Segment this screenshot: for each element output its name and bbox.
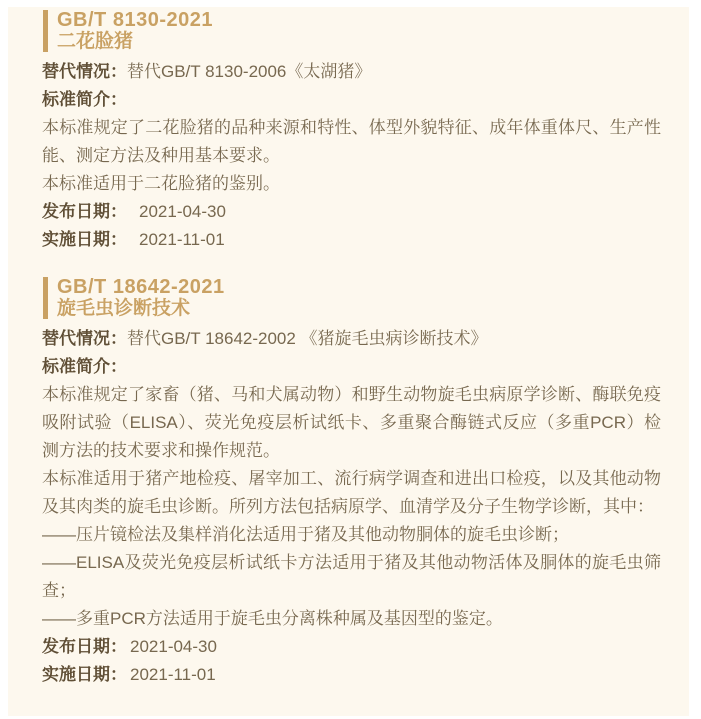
replace-status-label: 替代情况： <box>42 62 127 81</box>
intro-paragraph: 本标准规定了二花脸猪的品种来源和特性、体型外貌特征、成年体重体尺、生产性能、测定… <box>42 114 661 170</box>
intro-list-item: ——ELISA及荧光免疫层析试纸卡方法适用于猪及其他动物活体及胴体的旋毛虫筛查； <box>42 549 661 605</box>
replace-status-row: 替代情况：替代GB/T 18642-2002 《猪旋毛虫病诊断技术》 <box>42 325 661 353</box>
standard-code: GB/T 18642-2021 <box>57 277 661 298</box>
intro-label-row: 标准简介： <box>42 353 661 381</box>
intro-paragraph: 本标准适用于二花脸猪的鉴别。 <box>42 170 661 198</box>
standard-code: GB/T 8130-2021 <box>57 10 661 31</box>
standard-name: 旋毛虫诊断技术 <box>57 298 661 319</box>
intro-list-item: ——压片镜检法及集样消化法适用于猪及其他动物胴体的旋毛虫诊断； <box>42 521 661 549</box>
standard-section-gbt-18642: GB/T 18642-2021 旋毛虫诊断技术 替代情况：替代GB/T 1864… <box>42 277 661 689</box>
replace-status-value: 替代GB/T 18642-2002 《猪旋毛虫病诊断技术》 <box>127 329 488 348</box>
publish-date-label: 发布日期： <box>42 637 127 656</box>
implement-date-value: 2021-11-01 <box>130 665 216 684</box>
publish-date-label: 发布日期： <box>42 202 127 221</box>
implement-date-value: 2021-11-01 <box>139 230 225 249</box>
intro-label-row: 标准简介： <box>42 86 661 114</box>
replace-status-value: 替代GB/T 8130-2006《太湖猪》 <box>127 62 371 81</box>
intro-paragraph: 本标准适用于猪产地检疫、屠宰加工、流行病学调查和进出口检疫，以及其他动物及其肉类… <box>42 465 661 521</box>
publish-date-row: 发布日期：2021-04-30 <box>42 633 661 661</box>
implement-date-label: 实施日期： <box>42 230 127 249</box>
implement-date-label: 实施日期： <box>42 665 127 684</box>
publish-date-value: 2021-04-30 <box>130 637 217 656</box>
replace-status-row: 替代情况：替代GB/T 8130-2006《太湖猪》 <box>42 58 661 86</box>
standard-name: 二花脸猪 <box>57 31 661 52</box>
publish-date-row: 发布日期：2021-04-30 <box>42 198 661 226</box>
intro-list-item: ——多重PCR方法适用于旋毛虫分离株种属及基因型的鉴定。 <box>42 605 661 633</box>
standard-heading: GB/T 8130-2021 二花脸猪 <box>43 10 661 52</box>
implement-date-row: 实施日期：2021-11-01 <box>42 226 661 254</box>
standard-heading: GB/T 18642-2021 旋毛虫诊断技术 <box>43 277 661 319</box>
intro-paragraph: 本标准规定了家畜（猪、马和犬属动物）和野生动物旋毛虫病原学诊断、酶联免疫吸附试验… <box>42 381 661 465</box>
replace-status-label: 替代情况： <box>42 329 127 348</box>
implement-date-row: 实施日期：2021-11-01 <box>42 661 661 689</box>
intro-label: 标准简介： <box>42 90 127 109</box>
intro-label: 标准简介： <box>42 357 127 376</box>
standard-section-gbt-8130: GB/T 8130-2021 二花脸猪 替代情况：替代GB/T 8130-200… <box>42 10 661 254</box>
standards-panel: GB/T 8130-2021 二花脸猪 替代情况：替代GB/T 8130-200… <box>8 7 689 716</box>
publish-date-value: 2021-04-30 <box>139 202 226 221</box>
